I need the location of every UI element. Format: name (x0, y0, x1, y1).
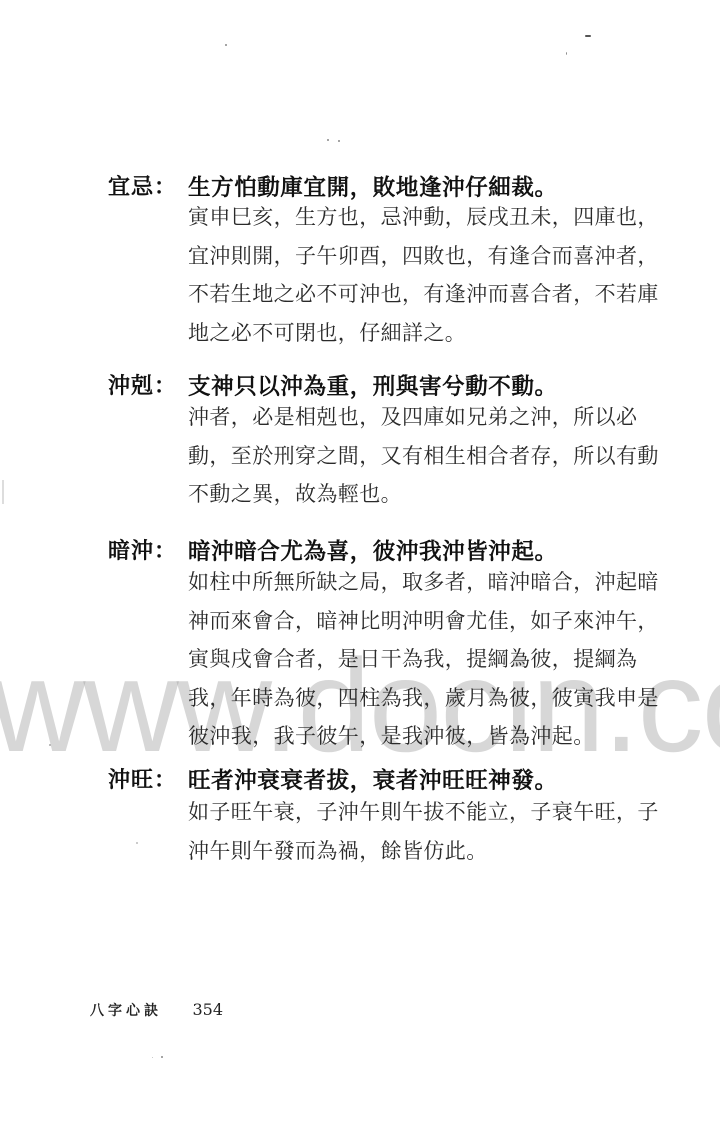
section-chongke: 沖剋： 支神只以沖為重，刑與害兮動不動。 沖者，必是相剋也，及四庫如兄弟之沖，所… (108, 372, 688, 402)
body-line: 如子旺午衰，子沖午則午拔不能立，子衰午旺，子 (188, 793, 678, 832)
section-body: 寅申巳亥，生方也，忌沖動，辰戌丑未，四庫也， 宜沖則開，子午卯酉，四敗也，有逢合… (188, 198, 678, 352)
scan-speck (2, 480, 4, 504)
scan-speck (136, 842, 138, 844)
section-chongwang: 沖旺： 旺者沖衰衰者拔，衰者沖旺旺神發。 如子旺午衰，子沖午則午拔不能立，子衰午… (108, 766, 688, 796)
body-line: 我，年時為彼，四柱為我，歲月為彼，彼寅我申是 (188, 679, 678, 718)
body-line: 不動之異，故為輕也。 (188, 475, 678, 514)
body-line: 如柱中所無所缺之局，取多者，暗沖暗合，沖起暗 (188, 563, 678, 602)
body-line: 地之必不可閉也，仔細詳之。 (188, 314, 678, 353)
page-footer: 八字心訣 354 (90, 1000, 223, 1020)
section-yiji: 宜忌： 生方怕動庫宜開，敗地逢沖仔細裁。 寅申巳亥，生方也，忌沖動，辰戌丑未，四… (108, 173, 688, 203)
section-heading: 沖旺： 旺者沖衰衰者拔，衰者沖旺旺神發。 (108, 766, 688, 796)
body-line: 沖者，必是相剋也，及四庫如兄弟之沖，所以必 (188, 398, 678, 437)
body-line: 沖午則午發而為禍，餘皆仿此。 (188, 832, 678, 871)
scan-speck (152, 1057, 153, 1058)
body-line: 神而來會合，暗神比明沖明會尤佳，如子來沖午， (188, 602, 678, 641)
section-label: 宜忌： (108, 173, 177, 203)
book-title: 八字心訣 (90, 1003, 162, 1019)
body-line: 寅與戌會合者，是日干為我，提綱為彼，提綱為 (188, 640, 678, 679)
body-line: 不若生地之必不可沖也，有逢沖而喜合者，不若庫 (188, 275, 678, 314)
scan-speck (327, 139, 329, 141)
body-line: 動，至於刑穿之間，又有相生相合者存，所以有動 (188, 437, 678, 476)
section-label: 沖旺： (108, 766, 177, 796)
scanned-book-page: www.docin.com 宜忌： 生方怕動庫宜開，敗地逢沖仔細裁。 寅申巳亥，… (0, 0, 720, 1135)
body-line: 寅申巳亥，生方也，忌沖動，辰戌丑未，四庫也， (188, 198, 678, 237)
section-verse: 旺者沖衰衰者拔，衰者沖旺旺神發。 (188, 766, 558, 796)
scan-speck (49, 744, 51, 746)
scan-speck (566, 52, 567, 55)
scan-speck (225, 44, 227, 46)
body-line: 宜沖則開，子午卯酉，四敗也，有逢合而喜沖者， (188, 237, 678, 276)
section-label: 沖剋： (108, 372, 177, 402)
page-number: 354 (192, 1000, 223, 1019)
section-body: 如子旺午衰，子沖午則午拔不能立，子衰午旺，子 沖午則午發而為禍，餘皆仿此。 (188, 793, 678, 870)
section-label: 暗沖： (108, 537, 177, 567)
section-body: 沖者，必是相剋也，及四庫如兄弟之沖，所以必 動，至於刑穿之間，又有相生相合者存，… (188, 398, 678, 514)
scan-speck (161, 1056, 163, 1058)
section-anchong: 暗沖： 暗沖暗合尤為喜，彼沖我沖皆沖起。 如柱中所無所缺之局，取多者，暗沖暗合，… (108, 537, 688, 567)
scan-speck (585, 35, 591, 37)
section-body: 如柱中所無所缺之局，取多者，暗沖暗合，沖起暗 神而來會合，暗神比明沖明會尤佳，如… (188, 563, 678, 756)
scan-speck (338, 140, 340, 142)
body-line: 彼沖我，我子彼午，是我沖彼，皆為沖起。 (188, 717, 678, 756)
